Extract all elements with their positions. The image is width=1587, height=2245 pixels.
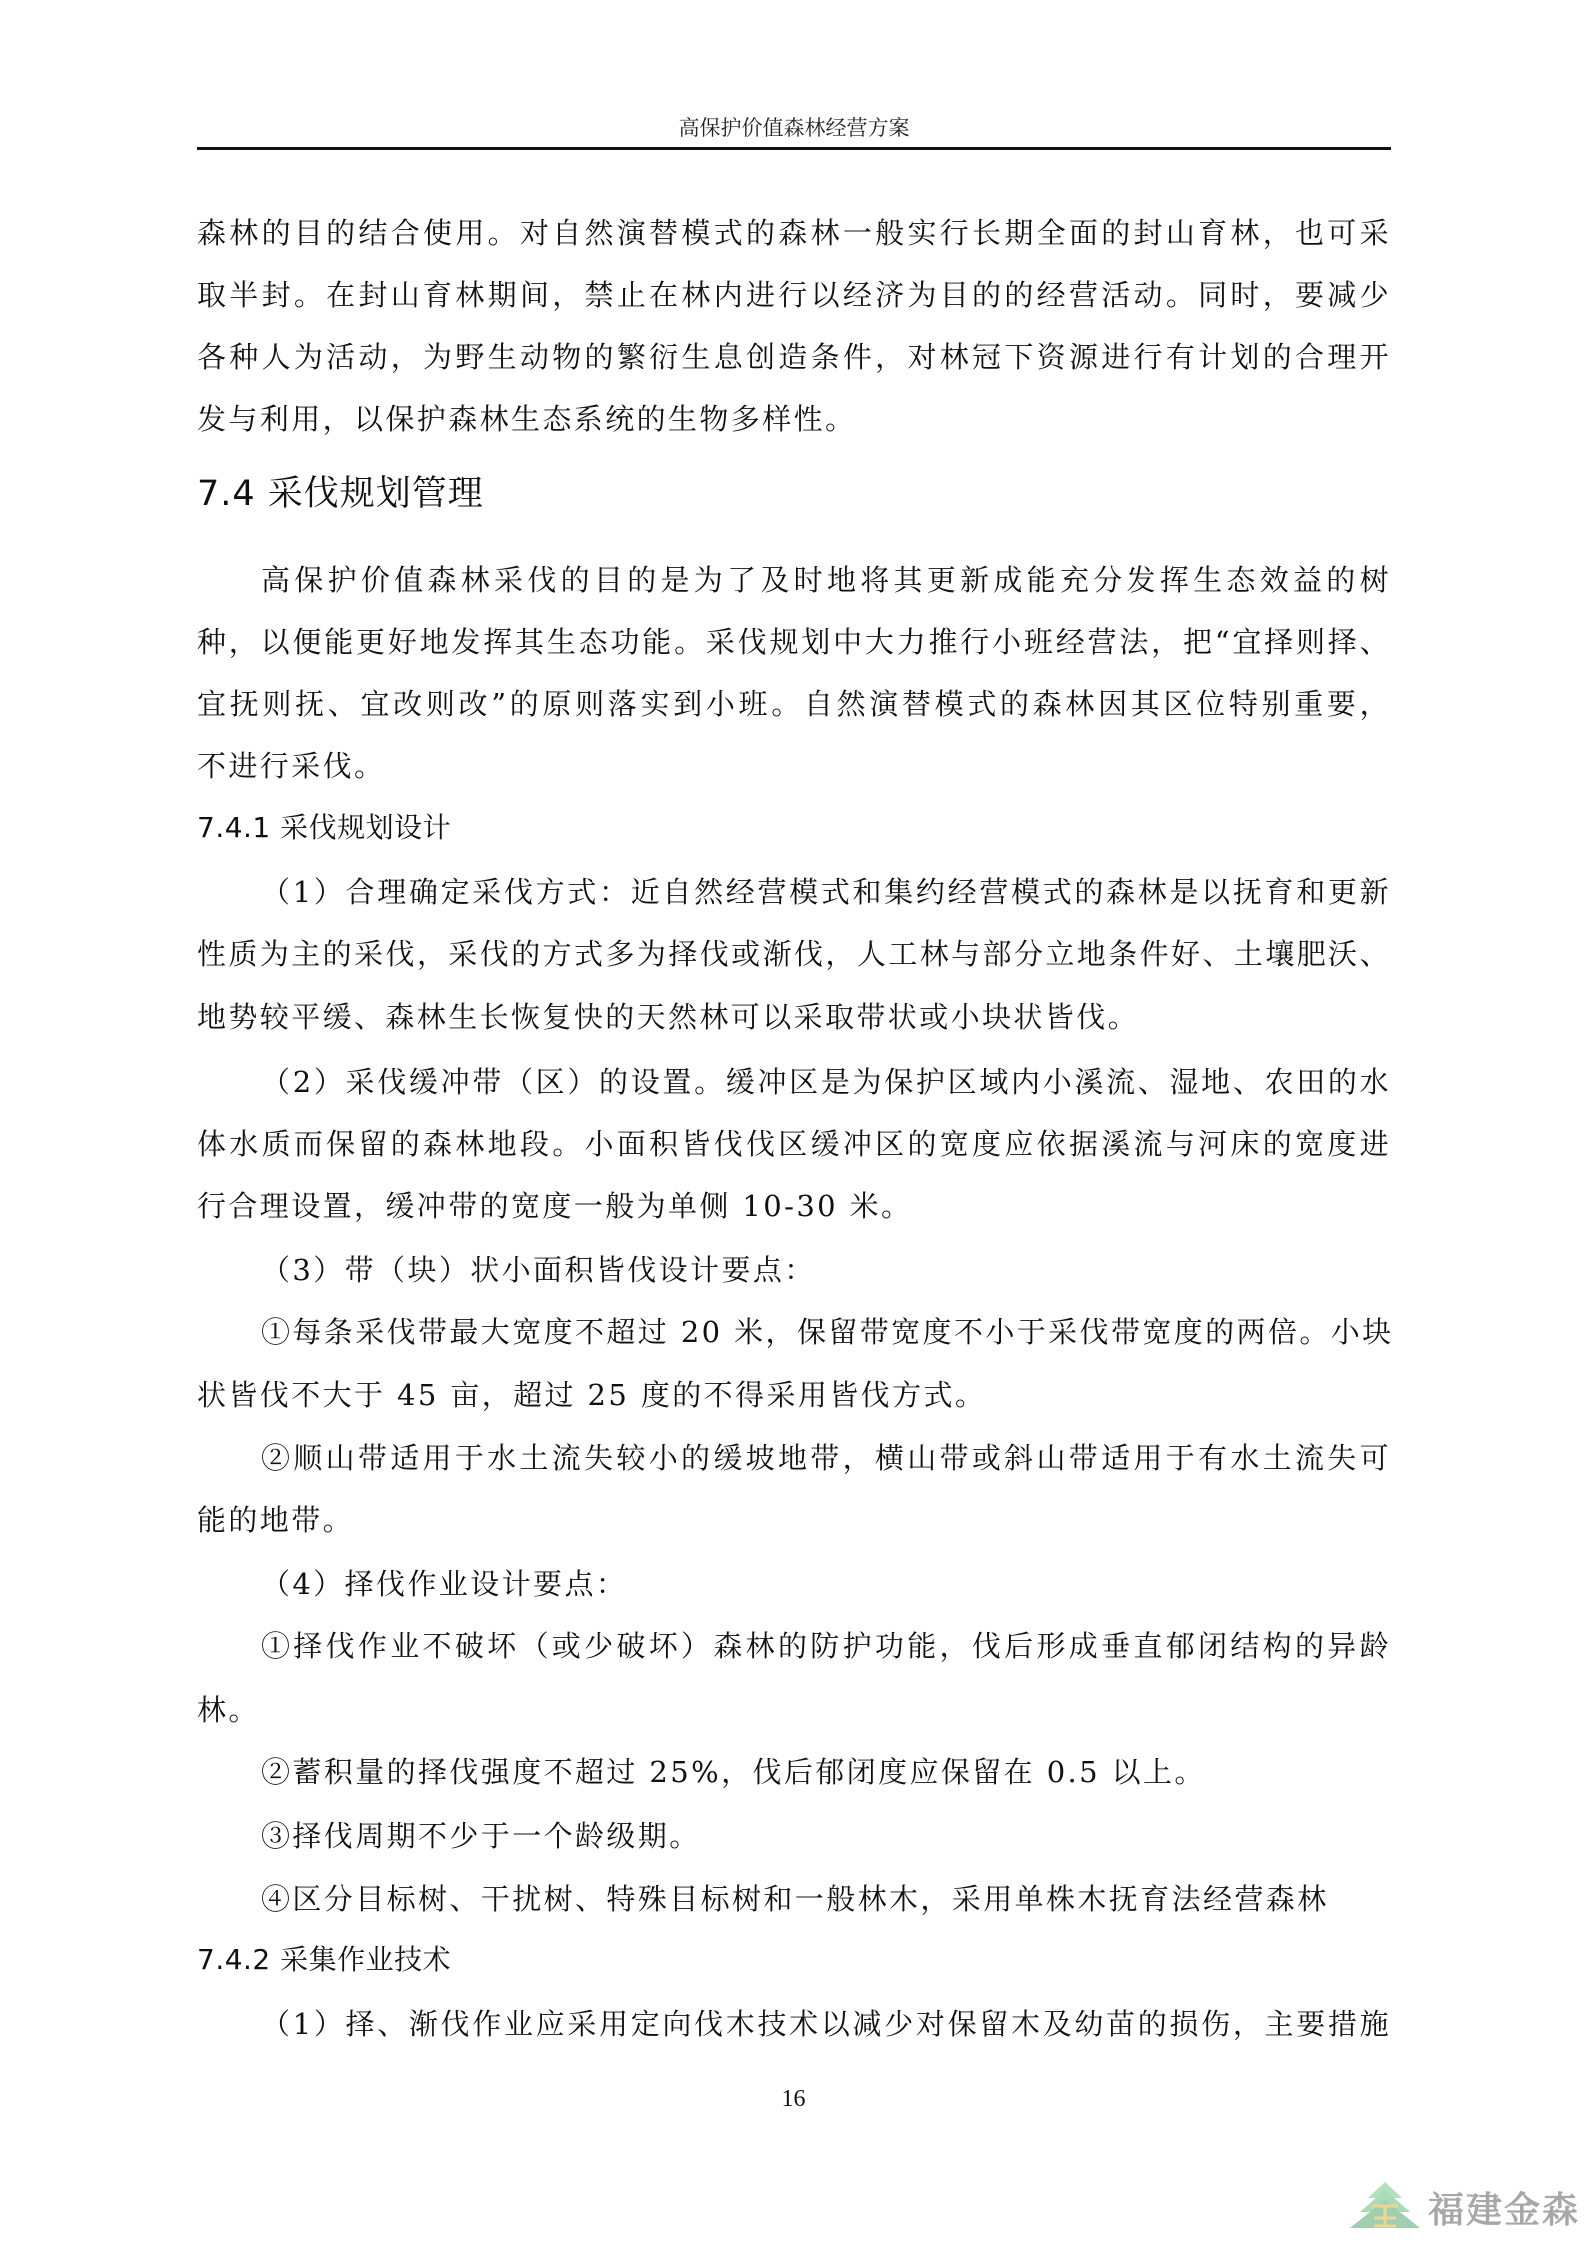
- paragraph-line: 行合理设置，缓冲带的宽度一般为单侧 10-30 米。: [197, 1186, 1391, 1226]
- paragraph-line: （3）带（块）状小面积皆伐设计要点：: [197, 1250, 1391, 1290]
- paragraph-line: 宜抚则抚、宜改则改”的原则落实到小班。自然演替模式的森林因其区位特别重要，: [197, 684, 1391, 724]
- page-number: 16: [0, 2086, 1587, 2113]
- subsection-heading: 7.4.1 采伐规划设计: [197, 808, 1391, 848]
- paragraph-line: 能的地带。: [197, 1500, 1391, 1540]
- tree-logo-icon: [1350, 2180, 1420, 2234]
- paragraph-line: 林。: [197, 1690, 1391, 1730]
- paragraph-line: 地势较平缓、森林生长恢复快的天然林可以采取带状或小块状皆伐。: [197, 997, 1391, 1037]
- paragraph-line: 取半封。在封山育林期间，禁止在林内进行以经济为目的的经营活动。同时，要减少: [197, 275, 1391, 315]
- paragraph-line: 发与利用，以保护森林生态系统的生物多样性。: [197, 399, 1391, 439]
- paragraph-line: 森林的目的结合使用。对自然演替模式的森林一般实行长期全面的封山育林，也可采: [197, 213, 1391, 253]
- running-header: 高保护价值森林经营方案: [197, 112, 1391, 142]
- paragraph-line: 高保护价值森林采伐的目的是为了及时地将其更新成能充分发挥生态效益的树: [197, 560, 1391, 600]
- paragraph-line: （4）择伐作业设计要点：: [197, 1564, 1391, 1604]
- paragraph-line: ①每条采伐带最大宽度不超过 20 米，保留带宽度不小于采伐带宽度的两倍。小块: [197, 1312, 1391, 1352]
- paragraph-line: （1）择、渐伐作业应采用定向伐木技术以减少对保留木及幼苗的损伤，主要措施: [197, 2004, 1391, 2044]
- paragraph-line: （1）合理确定采伐方式：近自然经营模式和集约经营模式的森林是以抚育和更新: [197, 872, 1391, 912]
- paragraph-line: ②蓄积量的择伐强度不超过 25%，伐后郁闭度应保留在 0.5 以上。: [197, 1752, 1391, 1792]
- header-rule: [197, 147, 1391, 150]
- paragraph-line: 各种人为活动，为野生动物的繁衍生息创造条件，对林冠下资源进行有计划的合理开: [197, 337, 1391, 377]
- paragraph-line: 种，以便能更好地发挥其生态功能。采伐规划中大力推行小班经营法，把“宜择则择、: [197, 622, 1391, 662]
- paragraph-line: 性质为主的采伐，采伐的方式多为择伐或渐伐，人工林与部分立地条件好、土壤肥沃、: [197, 934, 1391, 974]
- paragraph-line: ①择伐作业不破坏（或少破坏）森林的防护功能，伐后形成垂直郁闭结构的异龄: [197, 1626, 1391, 1666]
- paragraph-line: 不进行采伐。: [197, 746, 1391, 786]
- subsection-heading: 7.4.2 采集作业技术: [197, 1940, 1391, 1980]
- paragraph-line: 状皆伐不大于 45 亩，超过 25 度的不得采用皆伐方式。: [197, 1375, 1391, 1415]
- paragraph-line: ②顺山带适用于水土流失较小的缓坡地带，横山带或斜山带适用于有水土流失可: [197, 1438, 1391, 1478]
- watermark: 福建金森: [1350, 2180, 1580, 2234]
- paragraph-line: （2）采伐缓冲带（区）的设置。缓冲区是为保护区域内小溪流、湿地、农田的水: [197, 1062, 1391, 1102]
- section-heading: 7.4 采伐规划管理: [197, 474, 1391, 514]
- paragraph-line: 体水质而保留的森林地段。小面积皆伐伐区缓冲区的宽度应依据溪流与河床的宽度进: [197, 1124, 1391, 1164]
- paragraph-line: ③择伐周期不少于一个龄级期。: [197, 1816, 1391, 1856]
- watermark-text: 福建金森: [1428, 2182, 1580, 2233]
- paragraph-line: ④区分目标树、干扰树、特殊目标树和一般林木，采用单株木抚育法经营森林: [197, 1879, 1391, 1919]
